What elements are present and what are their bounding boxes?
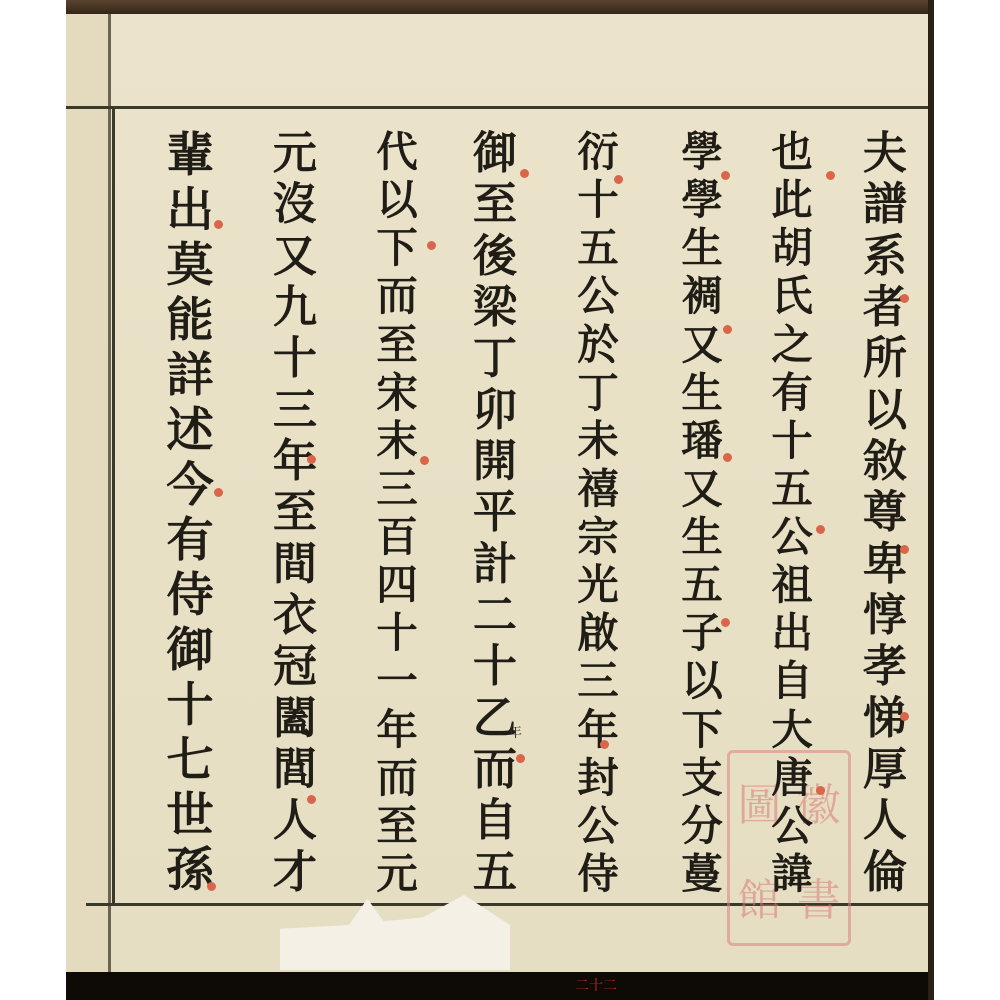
calligraphy-char: 有 (155, 513, 225, 568)
calligraphy-char: 計 (460, 539, 530, 590)
calligraphy-char: 尊 (850, 487, 920, 538)
punctuation-dot (723, 453, 732, 462)
calligraphy-char: 十 (155, 678, 225, 733)
calligraphy-char: 有 (757, 369, 827, 417)
left-fold-margin (66, 14, 111, 972)
punctuation-dot (816, 786, 825, 795)
text-column-3: 學學生裯又生璠又生五子以下支分蔓 (662, 128, 742, 898)
calligraphy-char: 百 (362, 513, 432, 561)
calligraphy-char: 於 (563, 321, 633, 369)
calligraphy-char: 年 (362, 706, 432, 754)
calligraphy-char: 開 (460, 436, 530, 487)
calligraphy-char: 丁 (460, 333, 530, 384)
calligraphy-char: 此 (757, 176, 827, 224)
calligraphy-char: 學 (667, 128, 737, 176)
calligraphy-char: 世 (155, 788, 225, 843)
calligraphy-char: 閭 (260, 744, 330, 795)
text-column-7: 元沒又九十三年至間衣冠闔閭人才 (255, 128, 335, 898)
calligraphy-char: 人 (260, 795, 330, 846)
calligraphy-char: 九 (260, 282, 330, 333)
punctuation-dot (721, 171, 730, 180)
calligraphy-char: 年 (563, 706, 633, 754)
punctuation-dot (520, 169, 529, 178)
calligraphy-char: 以 (362, 176, 432, 224)
punctuation-dot (816, 525, 825, 534)
calligraphy-char: 出 (757, 609, 827, 657)
calligraphy-char: 冠 (260, 641, 330, 692)
calligraphy-char: 而 (362, 754, 432, 802)
calligraphy-char: 述 (155, 403, 225, 458)
calligraphy-char: 詳 (155, 348, 225, 403)
calligraphy-char: 諱 (757, 850, 827, 898)
calligraphy-char: 輩 (155, 128, 225, 183)
calligraphy-char: 下 (362, 224, 432, 272)
calligraphy-char: 侍 (563, 850, 633, 898)
text-column-6: 代以下而至宋末三百四十一年而至元 (357, 128, 437, 898)
calligraphy-char: 五 (757, 465, 827, 513)
calligraphy-char: 卑 (850, 539, 920, 590)
calligraphy-char: 卯 (460, 385, 530, 436)
punctuation-dot (427, 241, 436, 250)
calligraphy-char: 生 (667, 513, 737, 561)
calligraphy-char: 年 (260, 436, 330, 487)
calligraphy-char: 宋 (362, 369, 432, 417)
calligraphy-char: 能 (155, 293, 225, 348)
calligraphy-char: 沒 (260, 179, 330, 230)
calligraphy-char: 大 (757, 706, 827, 754)
calligraphy-char: 三 (362, 465, 432, 513)
calligraphy-char: 十 (260, 333, 330, 384)
calligraphy-char: 以 (850, 385, 920, 436)
calligraphy-char: 梁 (460, 282, 530, 333)
punctuation-dot (307, 795, 316, 804)
calligraphy-char: 分 (667, 802, 737, 850)
calligraphy-char: 丁 (563, 369, 633, 417)
calligraphy-char: 宗 (563, 513, 633, 561)
calligraphy-char: 五 (667, 561, 737, 609)
punctuation-dot (721, 618, 730, 627)
text-column-5: 御至後梁丁卯開平計二十乙而自五 (455, 128, 535, 898)
calligraphy-char: 平 (460, 487, 530, 538)
calligraphy-char: 學 (667, 176, 737, 224)
calligraphy-char: 夫 (850, 128, 920, 179)
page-number-mark: 二十二 (575, 975, 617, 995)
punctuation-dot (214, 488, 223, 497)
punctuation-dot (214, 220, 223, 229)
calligraphy-char: 三 (260, 385, 330, 436)
calligraphy-char: 孝 (850, 641, 920, 692)
calligraphy-char: 氏 (757, 272, 827, 320)
calligraphy-char: 又 (667, 465, 737, 513)
side-annotation: 年 (508, 722, 522, 742)
calligraphy-char: 御 (155, 623, 225, 678)
calligraphy-char: 元 (362, 850, 432, 898)
calligraphy-char: 十 (757, 417, 827, 465)
text-column-1: 夫譜系者所以敘尊卑惇孝悌厚人倫 (845, 128, 925, 898)
calligraphy-char: 十 (460, 641, 530, 692)
calligraphy-char: 今 (155, 458, 225, 513)
calligraphy-char: 啟 (563, 609, 633, 657)
calligraphy-char: 一 (362, 657, 432, 705)
calligraphy-char: 所 (850, 333, 920, 384)
calligraphy-char: 七 (155, 733, 225, 788)
calligraphy-char: 人 (850, 795, 920, 846)
calligraphy-char: 公 (757, 513, 827, 561)
calligraphy-char: 胡 (757, 224, 827, 272)
calligraphy-char: 後 (460, 231, 530, 282)
punctuation-dot (900, 294, 909, 303)
calligraphy-char: 三 (563, 657, 633, 705)
calligraphy-char: 才 (260, 847, 330, 898)
calligraphy-char: 衍 (563, 128, 633, 176)
punctuation-dot (420, 456, 429, 465)
calligraphy-char: 禧 (563, 465, 633, 513)
punctuation-dot (307, 455, 316, 464)
calligraphy-char: 至 (260, 487, 330, 538)
calligraphy-char: 而 (362, 272, 432, 320)
calligraphy-char: 公 (757, 802, 827, 850)
calligraphy-char: 也 (757, 128, 827, 176)
calligraphy-char: 二 (460, 590, 530, 641)
calligraphy-char: 而 (460, 744, 530, 795)
calligraphy-char: 光 (563, 561, 633, 609)
punctuation-dot (614, 175, 623, 184)
calligraphy-char: 五 (563, 224, 633, 272)
calligraphy-char: 支 (667, 754, 737, 802)
calligraphy-char: 譜 (850, 179, 920, 230)
page-bottom-edge (66, 972, 934, 1000)
calligraphy-char: 間 (260, 539, 330, 590)
calligraphy-char: 之 (757, 321, 827, 369)
calligraphy-char: 五 (460, 847, 530, 898)
punctuation-dot (900, 545, 909, 554)
calligraphy-char: 惇 (850, 590, 920, 641)
calligraphy-char: 唐 (757, 754, 827, 802)
calligraphy-char: 代 (362, 128, 432, 176)
calligraphy-char: 生 (667, 224, 737, 272)
calligraphy-char: 至 (362, 802, 432, 850)
frame-line-top-left (66, 106, 108, 109)
punctuation-dot (207, 882, 216, 891)
calligraphy-char: 元 (260, 128, 330, 179)
frame-line-right (928, 0, 934, 1000)
calligraphy-char: 自 (757, 657, 827, 705)
calligraphy-char: 厚 (850, 744, 920, 795)
frame-line-left (112, 108, 115, 903)
calligraphy-char: 蔓 (667, 850, 737, 898)
punctuation-dot (826, 171, 835, 180)
calligraphy-char: 封 (563, 754, 633, 802)
frame-line-top (108, 106, 928, 109)
calligraphy-char: 自 (460, 795, 530, 846)
calligraphy-char: 公 (563, 802, 633, 850)
calligraphy-char: 生 (667, 369, 737, 417)
calligraphy-char: 十 (362, 609, 432, 657)
punctuation-dot (600, 740, 609, 749)
calligraphy-char: 至 (362, 321, 432, 369)
calligraphy-char: 又 (260, 231, 330, 282)
calligraphy-char: 者 (850, 282, 920, 333)
text-column-4: 衍十五公於丁未禧宗光啟三年封公侍 (558, 128, 638, 898)
calligraphy-char: 出 (155, 183, 225, 238)
calligraphy-char: 以 (667, 657, 737, 705)
calligraphy-char: 系 (850, 231, 920, 282)
calligraphy-char: 裯 (667, 272, 737, 320)
calligraphy-char: 至 (460, 179, 530, 230)
calligraphy-char: 闔 (260, 693, 330, 744)
calligraphy-char: 十 (563, 176, 633, 224)
calligraphy-char: 悌 (850, 693, 920, 744)
text-column-8: 輩出莫能詳述今有侍御十七世孫 (150, 128, 230, 898)
text-column-2: 也此胡氏之有十五公祖出自大唐公諱 (752, 128, 832, 898)
calligraphy-char: 敘 (850, 436, 920, 487)
calligraphy-char: 公 (563, 272, 633, 320)
punctuation-dot (516, 754, 525, 763)
calligraphy-char: 下 (667, 706, 737, 754)
punctuation-dot (723, 325, 732, 334)
calligraphy-char: 侍 (155, 568, 225, 623)
punctuation-dot (900, 712, 909, 721)
calligraphy-char: 祖 (757, 561, 827, 609)
calligraphy-char: 未 (563, 417, 633, 465)
calligraphy-char: 倫 (850, 847, 920, 898)
calligraphy-char: 衣 (260, 590, 330, 641)
calligraphy-char: 莫 (155, 238, 225, 293)
calligraphy-char: 子 (667, 609, 737, 657)
calligraphy-char: 四 (362, 561, 432, 609)
